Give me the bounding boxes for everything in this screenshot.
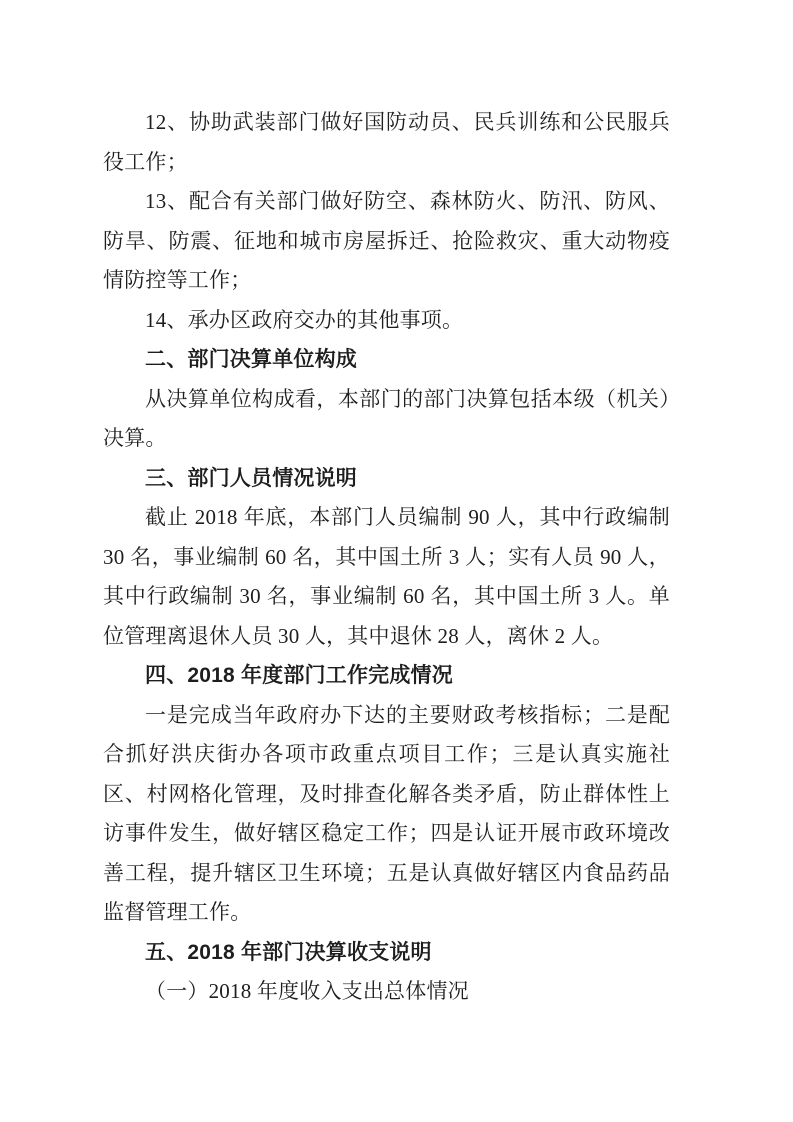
document-page: 12、协助武装部门做好国防动员、民兵训练和公民服兵役工作；13、配合有关部门做好… — [0, 0, 793, 1122]
section-5-sub-1-heading: （一）2018 年度收入支出总体情况 — [103, 972, 670, 1012]
section-2-body: 从决算单位构成看，本部门的部门决算包括本级（机关）决算。 — [103, 380, 670, 459]
section-3-heading: 三、部门人员情况说明 — [103, 459, 670, 499]
section-3-body: 截止 2018 年底，本部门人员编制 90 人，其中行政编制 30 名，事业编制… — [103, 498, 670, 656]
section-5-heading: 五、2018 年部门决算收支说明 — [103, 933, 670, 973]
document-body: 12、协助武装部门做好国防动员、民兵训练和公民服兵役工作；13、配合有关部门做好… — [103, 103, 670, 1012]
duty-item-13: 13、配合有关部门做好防空、森林防火、防汛、防风、防旱、防震、征地和城市房屋拆迁… — [103, 182, 670, 301]
section-4-heading: 四、2018 年度部门工作完成情况 — [103, 656, 670, 696]
duty-item-14: 14、承办区政府交办的其他事项。 — [103, 301, 670, 341]
section-4-body: 一是完成当年政府办下达的主要财政考核指标；二是配合抓好洪庆街办各项市政重点项目工… — [103, 696, 670, 933]
section-2-heading: 二、部门决算单位构成 — [103, 340, 670, 380]
duty-item-12: 12、协助武装部门做好国防动员、民兵训练和公民服兵役工作； — [103, 103, 670, 182]
